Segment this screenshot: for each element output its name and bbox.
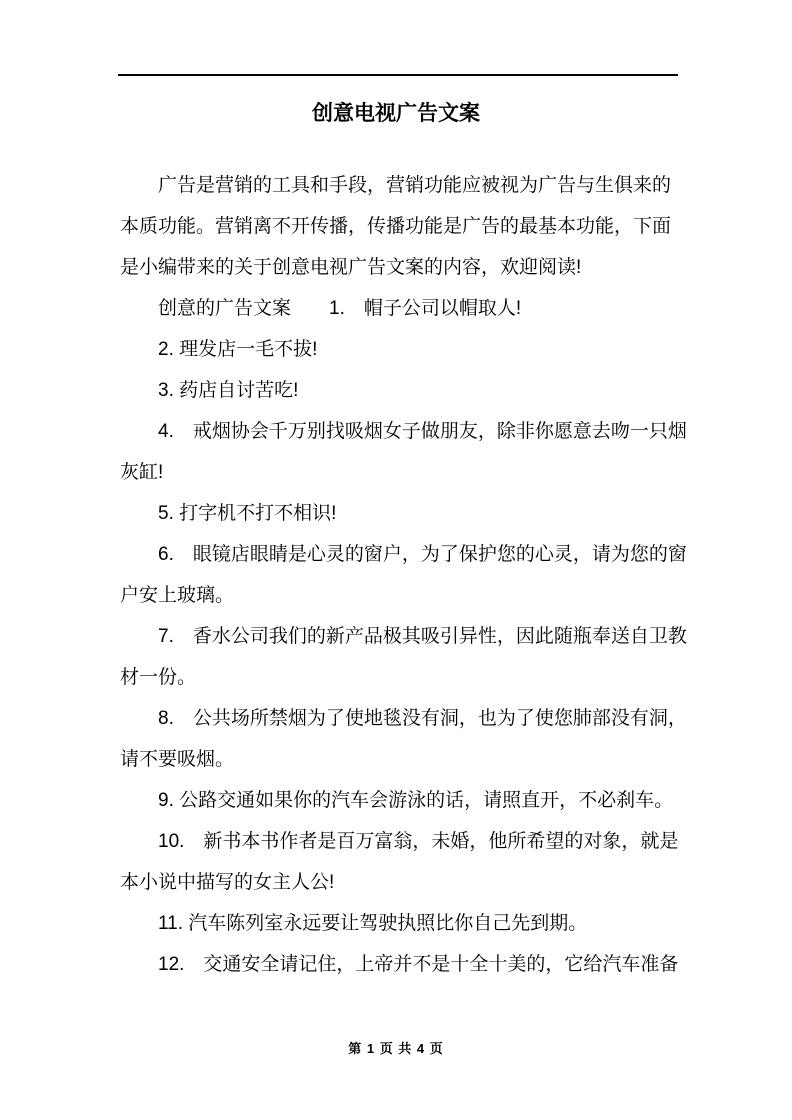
text-line: 12. 交通安全请记住，上帝并不是十全十美的，它给汽车准备 [120, 944, 672, 985]
list-item-4: 4. 戒烟协会千万别找吸烟女子做朋友，除非你愿意去吻一只烟 灰缸! [120, 411, 672, 493]
text-line: 11. 汽车陈列室永远要让驾驶执照比你自己先到期。 [120, 903, 672, 944]
intro-paragraph: 广告是营销的工具和手段，营销功能应被视为广告与生俱来的 本质功能。营销离不开传播… [120, 165, 672, 288]
list-item-8: 8. 公共场所禁烟为了使地毯没有洞，也为了使您肺部没有洞， 请不要吸烟。 [120, 698, 672, 780]
list-item-11: 11. 汽车陈列室永远要让驾驶执照比你自己先到期。 [120, 903, 672, 944]
page-footer: 第 1 页 共 4 页 [0, 1038, 792, 1057]
text-line: 本质功能。营销离不开传播，传播功能是广告的最基本功能，下面 [120, 206, 672, 247]
list-item-10: 10. 新书本书作者是百万富翁，未婚，他所希望的对象，就是 本小说中描写的女主人… [120, 821, 672, 903]
document-body: 广告是营销的工具和手段，营销功能应被视为广告与生俱来的 本质功能。营销离不开传播… [120, 165, 672, 985]
header-rule [118, 74, 678, 76]
list-item-7: 7. 香水公司我们的新产品极其吸引异性，因此随瓶奉送自卫教 材一份。 [120, 616, 672, 698]
list-item-3: 3. 药店自讨苦吃! [120, 370, 672, 411]
text-line: 10. 新书本书作者是百万富翁，未婚，他所希望的对象，就是 [120, 821, 672, 862]
text-line: 5. 打字机不打不相识! [120, 493, 672, 534]
document-page: 创意电视广告文案 广告是营销的工具和手段，营销功能应被视为广告与生俱来的 本质功… [0, 0, 792, 1120]
list-intro-and-item-1: 创意的广告文案 1. 帽子公司以帽取人! [120, 288, 672, 329]
text-line: 4. 戒烟协会千万别找吸烟女子做朋友，除非你愿意去吻一只烟 [120, 411, 672, 452]
text-line: 3. 药店自讨苦吃! [120, 370, 672, 411]
text-line: 创意的广告文案 1. 帽子公司以帽取人! [120, 288, 672, 329]
list-item-9: 9. 公路交通如果你的汽车会游泳的话，请照直开，不必刹车。 [120, 780, 672, 821]
list-item-2: 2. 理发店一毛不拔! [120, 329, 672, 370]
text-line: 8. 公共场所禁烟为了使地毯没有洞，也为了使您肺部没有洞， [120, 698, 672, 739]
list-item-5: 5. 打字机不打不相识! [120, 493, 672, 534]
list-item-12: 12. 交通安全请记住，上帝并不是十全十美的，它给汽车准备 [120, 944, 672, 985]
text-line: 9. 公路交通如果你的汽车会游泳的话，请照直开，不必刹车。 [120, 780, 672, 821]
text-line: 灰缸! [120, 452, 672, 493]
text-line: 本小说中描写的女主人公! [120, 862, 672, 903]
document-title: 创意电视广告文案 [0, 100, 792, 128]
text-line: 是小编带来的关于创意电视广告文案的内容，欢迎阅读! [120, 247, 672, 288]
text-line: 请不要吸烟。 [120, 739, 672, 780]
text-line: 户安上玻璃。 [120, 575, 672, 616]
text-line: 7. 香水公司我们的新产品极其吸引异性，因此随瓶奉送自卫教 [120, 616, 672, 657]
text-line: 2. 理发店一毛不拔! [120, 329, 672, 370]
text-line: 广告是营销的工具和手段，营销功能应被视为广告与生俱来的 [120, 165, 672, 206]
text-line: 6. 眼镜店眼睛是心灵的窗户，为了保护您的心灵，请为您的窗 [120, 534, 672, 575]
text-line: 材一份。 [120, 657, 672, 698]
list-item-6: 6. 眼镜店眼睛是心灵的窗户，为了保护您的心灵，请为您的窗 户安上玻璃。 [120, 534, 672, 616]
